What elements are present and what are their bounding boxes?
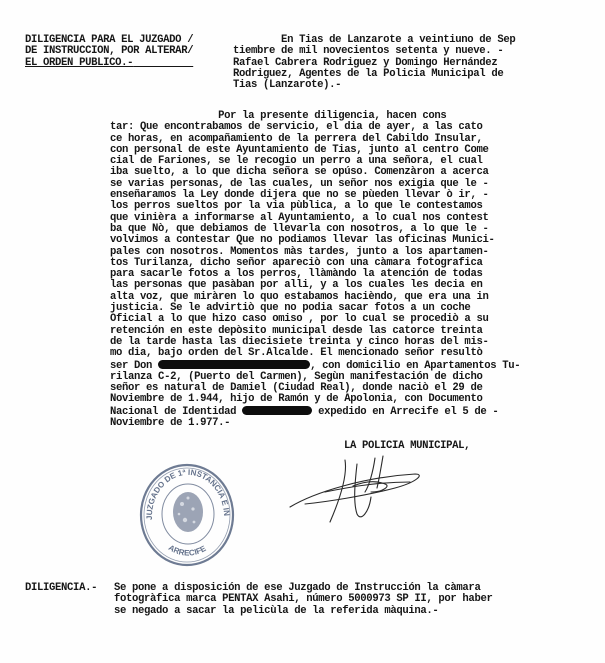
opening-line: tiembre de mil novecientos setenta y nue… — [233, 45, 503, 57]
body-line: enseñaramos la Ley donde dijera que no s… — [110, 189, 488, 201]
scanned-document-page: DILIGENCIA PARA EL JUZGADO / DE INSTRUCC… — [0, 0, 605, 663]
body-line: ba que Nò, que debiamos de llevarla con … — [110, 223, 488, 235]
body-line: tos Turilanza, dicho señor apareciò con … — [110, 257, 482, 269]
opening-paragraph: En Tias de Lanzarote a veintiuno de Sep … — [233, 35, 515, 91]
footer-diligence-label: DILIGENCIA.- — [25, 583, 97, 594]
footer-line: se negado a sacar la pelicùla de la refe… — [114, 605, 438, 617]
body-line: iba suelto, a lo que dicha señora se opú… — [110, 166, 488, 178]
opening-line: Tias (Lanzarote).- — [233, 79, 341, 91]
body-line: Por la presente diligencia, hacen cons — [110, 110, 446, 122]
heading-underline-fill — [133, 57, 193, 69]
body-line: se varias personas, de las cuales, un se… — [110, 178, 488, 190]
body-line: señor es natural de Damiel (Ciudad Real)… — [110, 382, 482, 394]
body-line: ce horas, en acompañamiento de la perrer… — [110, 133, 482, 145]
footer-line: fotogràfica marca PENTAX Asahi, número 5… — [114, 593, 492, 605]
body-line-suffix: , con domicilio en Apartamentos Tu- — [310, 360, 520, 372]
body-line: los perros sueltos por la via pùblica, a… — [110, 200, 482, 212]
redacted-id-number — [242, 406, 312, 415]
body-line: que vinièra a informarse al Ayuntamiento… — [110, 212, 488, 224]
body-line: las personas que pasàban por alli, y a l… — [110, 279, 482, 291]
body-line: Noviembre de 1.944, hijo de Ramón y de A… — [110, 393, 482, 405]
signature-label: LA POLICIA MUNICIPAL, — [344, 441, 470, 452]
closing-date-line: Noviembre de 1.977.- — [110, 417, 230, 429]
body-line: volvimos a contestar Que no podiamos lle… — [110, 234, 494, 246]
redacted-name — [158, 360, 310, 369]
court-stamp-icon: JUZGADO DE 1ª INSTANCIA E INSTRUCCION AR… — [138, 462, 236, 567]
body-line: con personal de este Ayuntamiento de Tia… — [110, 144, 488, 156]
opening-line: Rodriguez, Agentes de la Policia Municip… — [233, 68, 503, 80]
body-line: alta voz, que miràren lo quo estabamos h… — [110, 291, 488, 303]
body-line-prefix: ser Don — [110, 360, 158, 372]
body-paragraph: Por la presente diligencia, hacen cons t… — [110, 111, 520, 429]
heading-line-2: DE INSTRUCCION, POR ALTERAR/ — [25, 45, 193, 57]
opening-line: Rafael Cabrera Rodriguez y Domingo Herná… — [233, 57, 497, 69]
body-line: pales con nosotros. Momentos màs tardes,… — [110, 246, 488, 258]
svg-text:ARRECIFE: ARRECIFE — [167, 543, 208, 558]
body-line: de la tarde hasta las diecisiete treinta… — [110, 336, 488, 348]
heading-line-1: DILIGENCIA PARA EL JUZGADO / — [25, 34, 193, 46]
body-line: retención en este depòsito municipal des… — [110, 325, 482, 337]
body-line: tar: Que encontrabamos de servicio, el d… — [110, 121, 482, 133]
opening-line: En Tias de Lanzarote a veintiuno de Sep — [233, 34, 515, 46]
signature-icon — [285, 452, 435, 532]
heading-line-3: EL ORDEN PUBLICO.- — [25, 57, 133, 69]
body-line-suffix: expedido en Arrecife el 5 de - — [312, 406, 498, 418]
body-line: Oficial a lo que hizo caso omiso , por l… — [110, 313, 488, 325]
body-line: para sacarle fotos a los perros, llàmànd… — [110, 268, 482, 280]
body-line: cial de Fariones, se le recogio un perro… — [110, 155, 482, 167]
footer-diligence-text: Se pone a disposición de ese Juzgado de … — [114, 583, 492, 617]
body-line: justicia. Se le advirtiò que no podia sa… — [110, 302, 470, 314]
footer-line: Se pone a disposición de ese Juzgado de … — [114, 582, 480, 594]
body-line: rilanza C-2, (Puerto del Carmen), Segùn … — [110, 371, 482, 383]
body-line-prefix: Nacional de Identidad — [110, 406, 242, 418]
body-line: mo dia, bajo orden del Sr.Alcalde. El me… — [110, 347, 482, 359]
document-heading: DILIGENCIA PARA EL JUZGADO / DE INSTRUCC… — [25, 35, 193, 69]
